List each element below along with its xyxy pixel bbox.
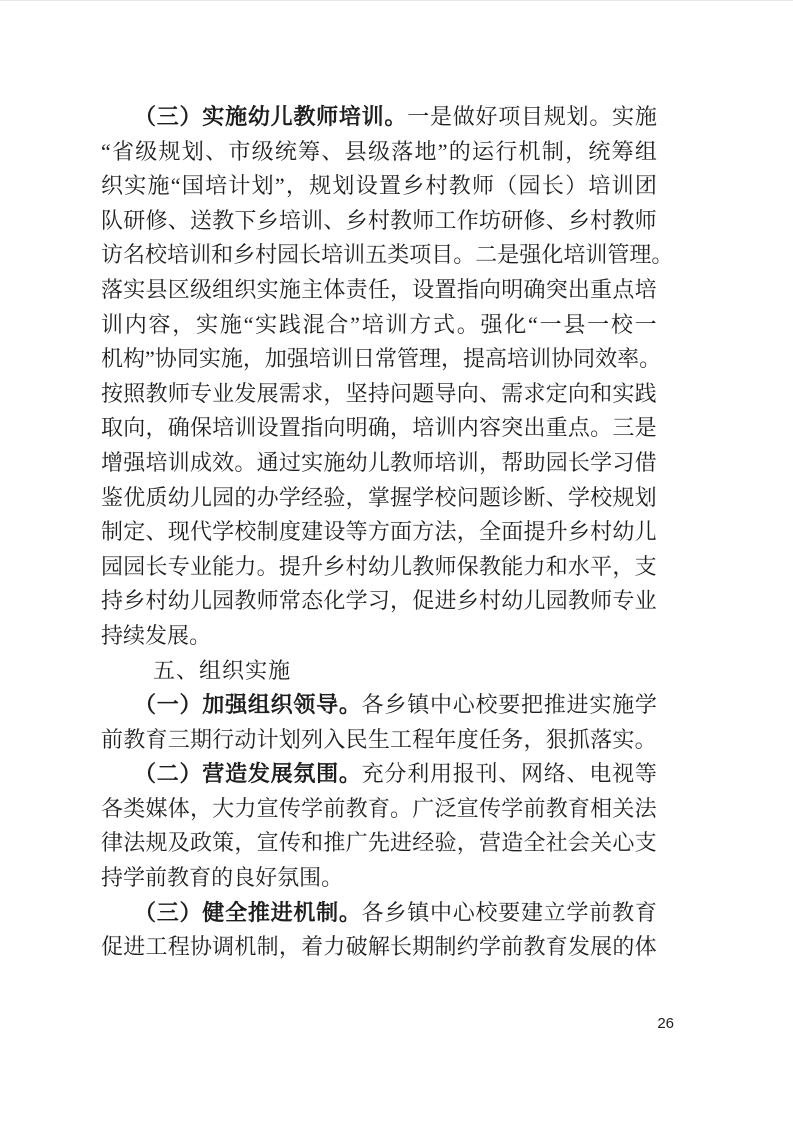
section-heading: 五、组织实施 xyxy=(101,654,657,689)
document-line: 机构”协同实施，加强培训日常管理，提高培训协同效率。 xyxy=(101,342,657,377)
document-line: “省级规划、市级统筹、县级落地”的运行机制，统筹组 xyxy=(101,135,657,170)
document-line: 访名校培训和乡村园长培训五类项目。二是强化培训管理。 xyxy=(101,238,657,273)
document-line: （二）营造发展氛围。充分利用报刊、网络、电视等 xyxy=(101,757,657,792)
document-line: 持学前教育的良好氛围。 xyxy=(101,861,657,896)
document-line: 持乡村幼儿园教师常态化学习，促进乡村幼儿园教师专业 xyxy=(101,584,657,619)
document-line: 园园长专业能力。提升乡村幼儿教师保教能力和水平，支 xyxy=(101,550,657,585)
para-section3-teacher-training: （三）实施幼儿教师培训。一是做好项目规划。实施“省级规划、市级统筹、县级落地”的… xyxy=(101,100,657,654)
text-block: （三）实施幼儿教师培训。一是做好项目规划。实施“省级规划、市级统筹、县级落地”的… xyxy=(101,100,657,965)
document-line: 前教育三期行动计划列入民生工程年度任务，狠抓落实。 xyxy=(101,723,657,758)
document-line: 鉴优质幼儿园的办学经验，掌握学校问题诊断、学校规划 xyxy=(101,481,657,516)
document-line: 增强培训成效。通过实施幼儿教师培训，帮助园长学习借 xyxy=(101,446,657,481)
document-line: 各类媒体，大力宣传学前教育。广泛宣传学前教育相关法 xyxy=(101,792,657,827)
para-item1-leadership: （一）加强组织领导。各乡镇中心校要把推进实施学前教育三期行动计划列入民生工程年度… xyxy=(101,688,657,757)
document-line: 促进工程协调机制，着力破解长期制约学前教育发展的体 xyxy=(101,930,657,965)
document-line: 制定、现代学校制度建设等方面方法，全面提升乡村幼儿 xyxy=(101,515,657,550)
document-line: （三）健全推进机制。各乡镇中心校要建立学前教育 xyxy=(101,896,657,931)
document-line: （一）加强组织领导。各乡镇中心校要把推进实施学 xyxy=(101,688,657,723)
page-number: 26 xyxy=(657,1014,674,1033)
document-line: 织实施“国培计划”，规划设置乡村教师（园长）培训团 xyxy=(101,169,657,204)
document-line: 落实县区级组织实施主体责任，设置指向明确突出重点培 xyxy=(101,273,657,308)
document-line: 律法规及政策，宣传和推广先进经验，营造全社会关心支 xyxy=(101,826,657,861)
document-line: 取向，确保培训设置指向明确，培训内容突出重点。三是 xyxy=(101,411,657,446)
document-line: 训内容，实施“实践混合”培训方式。强化“一县一校一 xyxy=(101,308,657,343)
document-line: （三）实施幼儿教师培训。一是做好项目规划。实施 xyxy=(101,100,657,135)
document-line: 持续发展。 xyxy=(101,619,657,654)
document-page: （三）实施幼儿教师培训。一是做好项目规划。实施“省级规划、市级统筹、县级落地”的… xyxy=(0,0,793,1122)
para-item2-atmosphere: （二）营造发展氛围。充分利用报刊、网络、电视等各类媒体，大力宣传学前教育。广泛宣… xyxy=(101,757,657,895)
document-line: 按照教师专业发展需求，坚持问题导向、需求定向和实践 xyxy=(101,377,657,412)
document-line: 队研修、送教下乡培训、乡村教师工作坊研修、乡村教师 xyxy=(101,204,657,239)
heading-part5-organization: 五、组织实施 xyxy=(101,654,657,689)
para-item3-mechanism: （三）健全推进机制。各乡镇中心校要建立学前教育促进工程协调机制，着力破解长期制约… xyxy=(101,896,657,965)
